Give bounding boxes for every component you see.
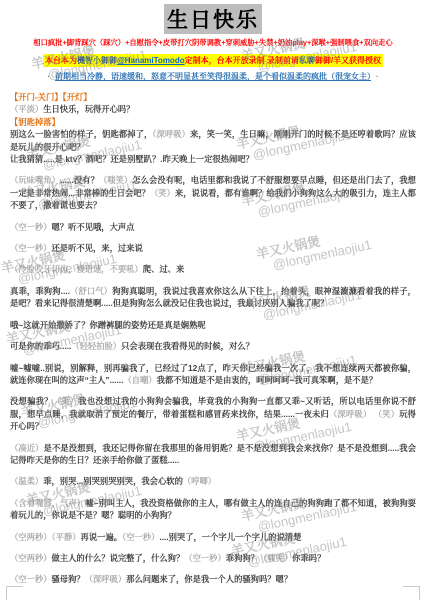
script-paragraph: （空一秒）还是听不见，来，过来说	[10, 242, 416, 254]
page-title: 生日快乐	[164, 4, 262, 34]
sound-cue: 【钥匙掉落】	[10, 117, 60, 127]
script-paragraph: 别这么一脸害怕的样子，钥匙都掉了，（深呼吸）来，笑一笑，生日嘛，刚刚开门的时候不…	[10, 128, 416, 165]
stage-direction: （深呼吸）	[329, 409, 371, 419]
dialogue-text: 真乖，乖狗狗....	[10, 286, 70, 296]
authorization-text: 开放录制	[233, 56, 265, 65]
script-paragraph: （空两秒）（平静）再说一遍。（空一秒）....别哭了，一个字儿一个字儿的说清楚	[10, 531, 416, 543]
sound-cue: 【开门-关门】【开灯】	[10, 92, 92, 102]
script-paragraph: （玩味嘴角）......没有？（嗤笑）怎么会没有呢，电话里都和我说了不舒服想要早…	[10, 174, 416, 211]
dialogue-text: 哦~这就开始撒娇了？你蹭裤腿的姿势还是真是娴熟呢	[10, 320, 206, 330]
stage-direction: （凑近）	[10, 443, 44, 453]
stage-direction: （空一秒）	[122, 532, 159, 542]
dialogue-text: 还是听不见，来，过来说	[52, 243, 143, 253]
script-paragraph: （空一秒）骚母狗？（深呼吸）那么问题来了，你是我一个人的骚狗吗？嗯？	[10, 573, 416, 585]
dialogue-text: 再说一遍。	[81, 532, 123, 542]
script-paragraph: （平淡）生日快乐，玩得开心吗？	[10, 103, 416, 115]
stage-direction: （笑）	[374, 409, 399, 419]
script-body: 【开门-关门】【开灯】（平淡）生日快乐，玩得开心吗？【钥匙掉落】别这么一脸害怕的…	[10, 91, 416, 586]
dialogue-text: 是不是没想到，我还记得你留在我那里的备用钥匙？是不是没想到我会来找你？是不是没想…	[10, 443, 416, 465]
authorization-line: 本台本为機智小御御@HanamiTomodo定制本，台本开放录制 录制前请私聊御…	[43, 54, 383, 67]
dialogue-text: 我都不知道是不是由衷的，呵呵呵呵~我可真笨啊，是不是？	[157, 375, 378, 385]
dialogue-text: 骚母狗？	[52, 574, 85, 584]
dialogue-text: 可是你的乖巧.....	[10, 341, 71, 351]
stage-direction: （空一秒）	[10, 243, 52, 253]
script-content: 生日快乐 相口疯批+脚背踩穴（踩穴）+自慰指令+皮带打穴阴带调教+穿刺威胁+失禁…	[0, 4, 426, 586]
dialogue-text: 做主人的什么？说完整了，什么狗？	[52, 553, 185, 563]
dialogue-text: 那么问题来了，你是我一个人的骚狗吗？嗯？	[126, 574, 292, 584]
script-paragraph: 真乖，乖狗狗....（舒口气）狗狗真聪明，我说过我喜欢你这么从下往上，抬着头，眼…	[10, 285, 416, 310]
stage-direction: （哼唧）	[183, 476, 216, 486]
stage-direction: （空两秒）	[10, 532, 52, 542]
stage-direction: （含着嘴唇，气声）	[10, 498, 85, 508]
script-paragraph: （凑近）是不是没想到，我还记得你留在我那里的备用钥匙？是不是没想到我会来找你？是…	[10, 442, 416, 467]
script-paragraph: 【开门-关门】【开灯】	[10, 91, 416, 103]
note-bullet: ·	[47, 72, 50, 81]
stage-direction: （空一秒）	[10, 574, 52, 584]
script-paragraph: （温柔）乖，别哭...别哭别哭别哭，我会心软的（哼唧）	[10, 475, 416, 487]
authorization-text: 御御/羊又获得授权	[315, 56, 381, 65]
authorization-text: 录制前请	[265, 56, 299, 65]
stage-direction: （轻轻拍脸）	[71, 341, 121, 351]
script-paragraph: 【钥匙掉落】	[10, 116, 416, 128]
authorization-text: 定制本，台本	[185, 56, 233, 65]
style-note-line: ·前期相当冷静，语速缓和，怒意不明显甚至笑得很温柔，是个看似温柔的疯批（很宠女主…	[10, 71, 416, 82]
stage-direction: （空一秒）	[10, 222, 52, 232]
stage-direction: （自嘲）	[123, 375, 156, 385]
dialogue-text: 嗯？听不见哦，大声点	[52, 222, 135, 232]
table-corner-left	[6, 586, 23, 600]
dialogue-text: 你乖吗？	[292, 553, 325, 563]
script-paragraph: 可是你的乖巧.....（轻轻拍脸）只会表现在我看得见的时候，对么？	[10, 340, 416, 352]
authorization-text: 本台本为	[45, 56, 77, 65]
stage-direction: （深呼吸）	[85, 574, 127, 584]
script-paragraph: 哦~这就开始撒娇了？你蹭裤腿的姿势还是真是娴熟呢	[10, 319, 416, 331]
stage-direction: （平静）	[52, 532, 81, 542]
stage-direction: （深呼吸）	[152, 129, 190, 139]
dialogue-text: ....别哭了，一个字儿一个字儿的说清楚	[159, 532, 301, 542]
stage-direction: （笑）	[150, 188, 175, 198]
script-paragraph: （含着嘴唇，气声）嘘~别叫主人，我没资格做你的主人，哪有做主人的连自己的狗狗跑了…	[10, 497, 416, 522]
author-handle-link[interactable]: @HanamiTomodo	[117, 56, 185, 65]
script-page: 生日快乐 相口疯批+脚背踩穴（踩穴）+自慰指令+皮带打穴阴带调教+穿刺威胁+失禁…	[0, 0, 426, 600]
script-paragraph: （空一秒）嗯？听不见哦，大声点	[10, 221, 416, 233]
dialogue-text: 乖，别哭...别哭别哭别哭，我会心软的	[43, 476, 183, 486]
title-row: 生日快乐	[10, 4, 416, 34]
author-name: 機智小御御	[77, 56, 117, 65]
note-bullet: ·	[376, 72, 379, 81]
style-note-text: 前期相当冷静，语速缓和，怒意不明显甚至笑得很温柔，是个看似温柔的疯批（很宠女主）	[55, 72, 371, 81]
stage-direction: （嗤笑）	[259, 553, 292, 563]
script-paragraph: 嘘~嘘嘘..别说，别解释，别再骗我了，已经过了12点了，昨天你已经骗我一次了，我…	[10, 362, 416, 387]
authorization-text: 私聊	[299, 56, 315, 65]
script-paragraph: （空两秒）做主人的什么？说完整了，什么狗？（空一秒）乖狗狗？（嗤笑）你乖吗？	[10, 552, 416, 564]
dialogue-text: 生日快乐，玩得开心吗？	[43, 104, 134, 114]
dialogue-text: 让我猜猜.....是 ktv？酒吧？还是别墅趴？.昨天晚上一定很热闹吧？	[10, 154, 254, 164]
stage-direction: （笑）	[53, 396, 79, 406]
script-paragraph: （冷脸咬牙切齿，慢语速，不要吼）爬、过、来	[10, 263, 416, 275]
stage-direction: （舒口气）	[70, 286, 112, 296]
stage-direction: （温柔）	[10, 476, 43, 486]
dialogue-text: 爬、过、来	[143, 264, 185, 274]
table-corner-right	[403, 586, 420, 600]
dialogue-text: 只会表现在我看得见的时候，对么？	[121, 341, 254, 351]
dialogue-text: ......没有？	[60, 175, 99, 185]
stage-direction: （玩味嘴角）	[10, 175, 60, 185]
content-tags-line: 相口疯批+脚背踩穴（踩穴）+自慰指令+皮带打穴阴带调教+穿刺威胁+失禁+奶油pl…	[10, 38, 416, 48]
dialogue-text: 乖狗狗？	[226, 553, 259, 563]
script-paragraph: 没想骗我？（笑）我也没想过我的小狗狗会骗我，毕竟我的小狗狗一直都又乖~又听话，所…	[10, 395, 416, 432]
stage-direction: （冷脸咬牙切齿，慢语速，不要吼）	[10, 264, 143, 274]
authorization-row: 本台本为機智小御御@HanamiTomodo定制本，台本开放录制 录制前请私聊御…	[10, 50, 416, 68]
stage-direction: （空一秒）	[184, 553, 226, 563]
stage-direction: （平淡）	[10, 104, 43, 114]
dialogue-text: 没想骗我？	[10, 396, 53, 406]
stage-direction: （嗤笑）	[99, 175, 132, 185]
stage-direction: （空两秒）	[10, 553, 52, 563]
dialogue-text: 别这么一脸害怕的样子，钥匙都掉了，	[10, 129, 152, 139]
